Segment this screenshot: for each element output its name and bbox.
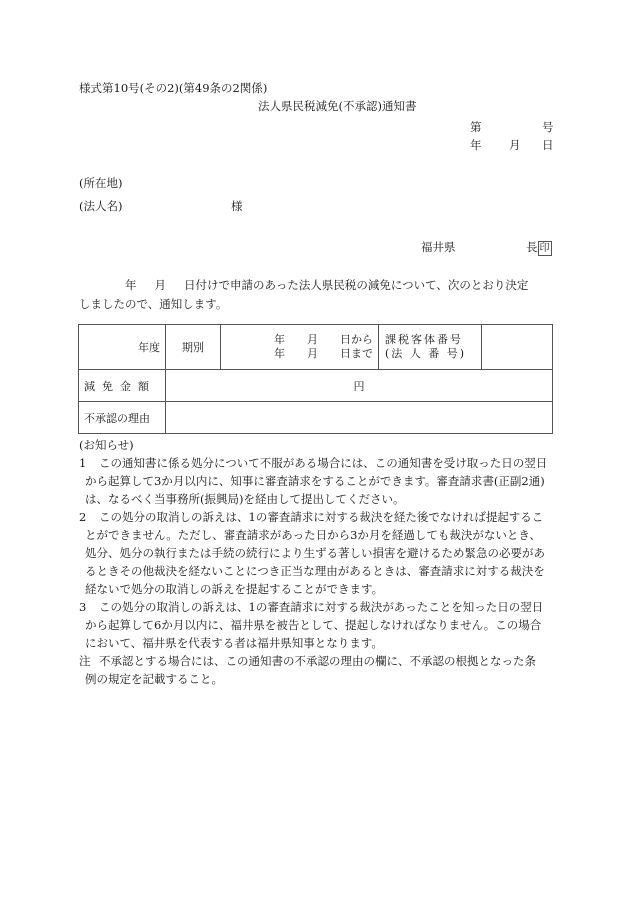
notice-item-2: 2この処分の取消しの訴えは、1の審査請求に対する裁決を経た後でなければ提起するこ… <box>79 508 557 598</box>
notice-line: から起算して3か月以内に、知事に審査請求をすることができます。審査請求書(正副2… <box>79 472 557 490</box>
notices-heading: (お知らせ) <box>79 436 557 454</box>
notice-item-1: 1この通知書に係る処分について不服がある場合には、この通知書を受け取った日の翌日… <box>79 454 557 508</box>
notice-number: 2 <box>79 508 99 526</box>
decision-table: 年度 期別 年 月 日から 年 月 日まで 課税客体番号 (法 人 番 号) 減… <box>78 324 553 434</box>
tax-object-number-label: 課税客体番号 (法 人 番 号) <box>379 325 482 370</box>
issuer-prefecture: 福井県 <box>421 240 456 254</box>
honorific: 様 <box>231 199 243 213</box>
notice-line: 不承認とする場合には、この通知書の不承認の理由の欄に、不承認の根拠となった条 <box>99 654 536 668</box>
notice-line: 経ないで処分の取消しの訴えを提起することができます。 <box>79 580 557 598</box>
tax-object-number-value <box>482 325 553 370</box>
notice-line: この処分の取消しの訴えは、1の審査請求に対する裁決を経た後でなければ提起するこ <box>99 510 543 524</box>
notice-number: 注 <box>79 652 99 670</box>
notices-section: (お知らせ) 1この通知書に係る処分について不服がある場合には、この通知書を受け… <box>79 436 557 688</box>
notice-line: から起算して6か月以内に、福井県を被告として、提起しなければなりません。この場合 <box>79 616 557 634</box>
fiscal-year-cell: 年度 <box>79 325 166 370</box>
location-label: (所在地) <box>79 176 122 190</box>
date-range-cell: 年 月 日から 年 月 日まで <box>221 325 379 370</box>
tax-object-label-1: 課税客体番号 <box>385 333 481 347</box>
exemption-amount-label: 減免金額 <box>79 370 166 402</box>
notice-number: 1 <box>79 454 99 472</box>
body-text-line2: しましたので、通知します。 <box>79 297 227 311</box>
issuer-title-suffix: 長 <box>526 240 538 254</box>
notice-number: 3 <box>79 598 99 616</box>
notice-line: は、なるべく当事務所(振興局)を経由して提出してください。 <box>79 490 557 508</box>
doc-number-prefix: 第 <box>470 120 482 134</box>
period-cell: 期別 <box>166 325 221 370</box>
notice-line: 処分、処分の執行または手続の続行により生ずる著しい損害を避けるため緊急の必要があ <box>79 544 557 562</box>
rejection-reason-value <box>166 402 553 434</box>
body-year: 年 <box>125 278 137 292</box>
table-row: 不承認の理由 <box>79 402 553 434</box>
date-month-label: 月 <box>509 138 521 152</box>
range-to: 年 月 日まで <box>221 347 373 361</box>
form-number: 様式第10号(その2)(第49条の2関係) <box>79 81 267 95</box>
notice-item-3: 3この処分の取消しの訴えは、1の審査請求に対する裁決があったことを知った日の翌日… <box>79 598 557 652</box>
notice-line: 例の規定を記載すること。 <box>79 670 557 688</box>
notice-line: るときその他裁決を経ないことにつき正当な理由があるときは、審査請求に対する裁決を <box>79 562 557 580</box>
issuer-title: 長印 <box>526 240 552 256</box>
doc-number-suffix: 号 <box>542 120 554 134</box>
corporation-name-label: (法人名) <box>79 199 122 213</box>
notice-remark: 注不承認とする場合には、この通知書の不承認の理由の欄に、不承認の根拠となった条 … <box>79 652 557 688</box>
exemption-amount-value: 円 <box>166 370 553 402</box>
tax-object-label-2: (法 人 番 号) <box>385 347 481 361</box>
body-text-line1: 日付けで申請のあった法人県民税の減免について、次のとおり決定 <box>184 278 528 292</box>
table-row: 減免金額 円 <box>79 370 553 402</box>
notice-line: とができません。ただし、審査請求があった日から3か月を経過しても裁決がないとき、 <box>79 526 557 544</box>
date-year-label: 年 <box>470 138 482 152</box>
rejection-reason-label: 不承認の理由 <box>79 402 166 434</box>
table-row: 年度 期別 年 月 日から 年 月 日まで 課税客体番号 (法 人 番 号) <box>79 325 553 370</box>
notice-line: この処分の取消しの訴えは、1の審査請求に対する裁決があったことを知った日の翌日 <box>99 600 543 614</box>
document-title: 法人県民税減免(不承認)通知書 <box>258 99 416 113</box>
notice-line: において、福井県を代表する者は福井県知事となります。 <box>79 634 557 652</box>
seal-icon: 印 <box>538 241 552 256</box>
range-from: 年 月 日から <box>221 333 373 347</box>
notification-paragraph: 年月日付けで申請のあった法人県民税の減免について、次のとおり決定 しましたので、… <box>79 276 554 314</box>
body-month: 月 <box>155 278 167 292</box>
date-day-label: 日 <box>542 138 554 152</box>
notice-line: この通知書に係る処分について不服がある場合には、この通知書を受け取った日の翌日 <box>99 456 547 470</box>
